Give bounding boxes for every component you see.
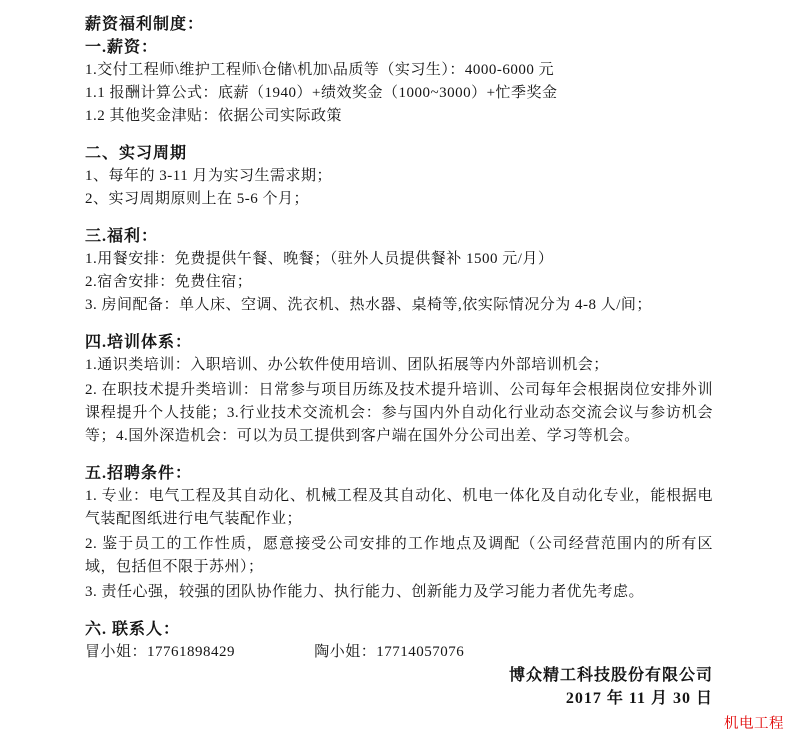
section-internship-heading: 二、实习周期 <box>85 142 713 165</box>
welfare-line-3: 3. 房间配备：单人床、空调、洗衣机、热水器、桌椅等,依实际情况分为 4-8 人… <box>85 294 713 317</box>
welfare-line-1: 1.用餐安排：免费提供午餐、晚餐；（驻外人员提供餐补 1500 元/月） <box>85 248 713 271</box>
document-title: 薪资福利制度： <box>85 13 713 36</box>
section-training: 四.培训体系： 1.通识类培训：入职培训、办公软件使用培训、团队拓展等内外部培训… <box>85 331 713 448</box>
training-line-2: 2. 在职技术提升类培训：日常参与项目历练及技术提升培训、公司每年会根据岗位安排… <box>85 379 713 448</box>
section-salary: 一.薪资： 1.交付工程师\维护工程师\仓储\机加\品质等（实习生）：4000-… <box>85 36 713 128</box>
salary-line-2: 1.1 报酬计算公式：底薪（1940）+绩效奖金（1000~3000）+忙季奖金 <box>85 82 713 105</box>
signature-date: 2017 年 11 月 30 日 <box>85 687 713 710</box>
contact-row: 冒小姐：17761898429 陶小姐：17714057076 <box>85 641 713 664</box>
section-requirements-heading: 五.招聘条件： <box>85 462 713 485</box>
salary-line-1: 1.交付工程师\维护工程师\仓储\机加\品质等（实习生）：4000-6000 元 <box>85 59 713 82</box>
company-name: 博众精工科技股份有限公司 <box>85 664 713 687</box>
section-welfare-heading: 三.福利： <box>85 225 713 248</box>
section-training-heading: 四.培训体系： <box>85 331 713 354</box>
requirements-line-2: 2. 鉴于员工的工作性质，愿意接受公司安排的工作地点及调配（公司经营范围内的所有… <box>85 533 713 579</box>
signature-block: 博众精工科技股份有限公司 2017 年 11 月 30 日 <box>85 664 713 710</box>
section-welfare: 三.福利： 1.用餐安排：免费提供午餐、晚餐；（驻外人员提供餐补 1500 元/… <box>85 225 713 317</box>
section-contacts-heading: 六. 联系人： <box>85 618 713 641</box>
contact-1: 冒小姐：17761898429 <box>85 641 310 664</box>
section-requirements: 五.招聘条件： 1. 专业：电气工程及其自动化、机械工程及其自动化、机电一体化及… <box>85 462 713 604</box>
requirements-line-1: 1. 专业：电气工程及其自动化、机械工程及其自动化、机电一体化及自动化专业，能根… <box>85 485 713 531</box>
requirements-line-3: 3. 责任心强，较强的团队协作能力、执行能力、创新能力及学习能力者优先考虑。 <box>85 581 713 604</box>
section-contacts: 六. 联系人： 冒小姐：17761898429 陶小姐：17714057076 <box>85 618 713 664</box>
section-internship-period: 二、实习周期 1、每年的 3-11 月为实习生需求期； 2、实习周期原则上在 5… <box>85 142 713 211</box>
department-watermark: 机电工程 <box>724 712 784 733</box>
training-line-1: 1.通识类培训：入职培训、办公软件使用培训、团队拓展等内外部培训机会； <box>85 354 713 377</box>
document-page: 薪资福利制度： 一.薪资： 1.交付工程师\维护工程师\仓储\机加\品质等（实习… <box>0 0 790 710</box>
contact-2: 陶小姐：17714057076 <box>314 644 464 660</box>
section-salary-heading: 一.薪资： <box>85 36 713 59</box>
welfare-line-2: 2.宿舍安排：免费住宿； <box>85 271 713 294</box>
internship-line-1: 1、每年的 3-11 月为实习生需求期； <box>85 165 713 188</box>
salary-line-3: 1.2 其他奖金津贴：依据公司实际政策 <box>85 105 713 128</box>
internship-line-2: 2、实习周期原则上在 5-6 个月； <box>85 188 713 211</box>
